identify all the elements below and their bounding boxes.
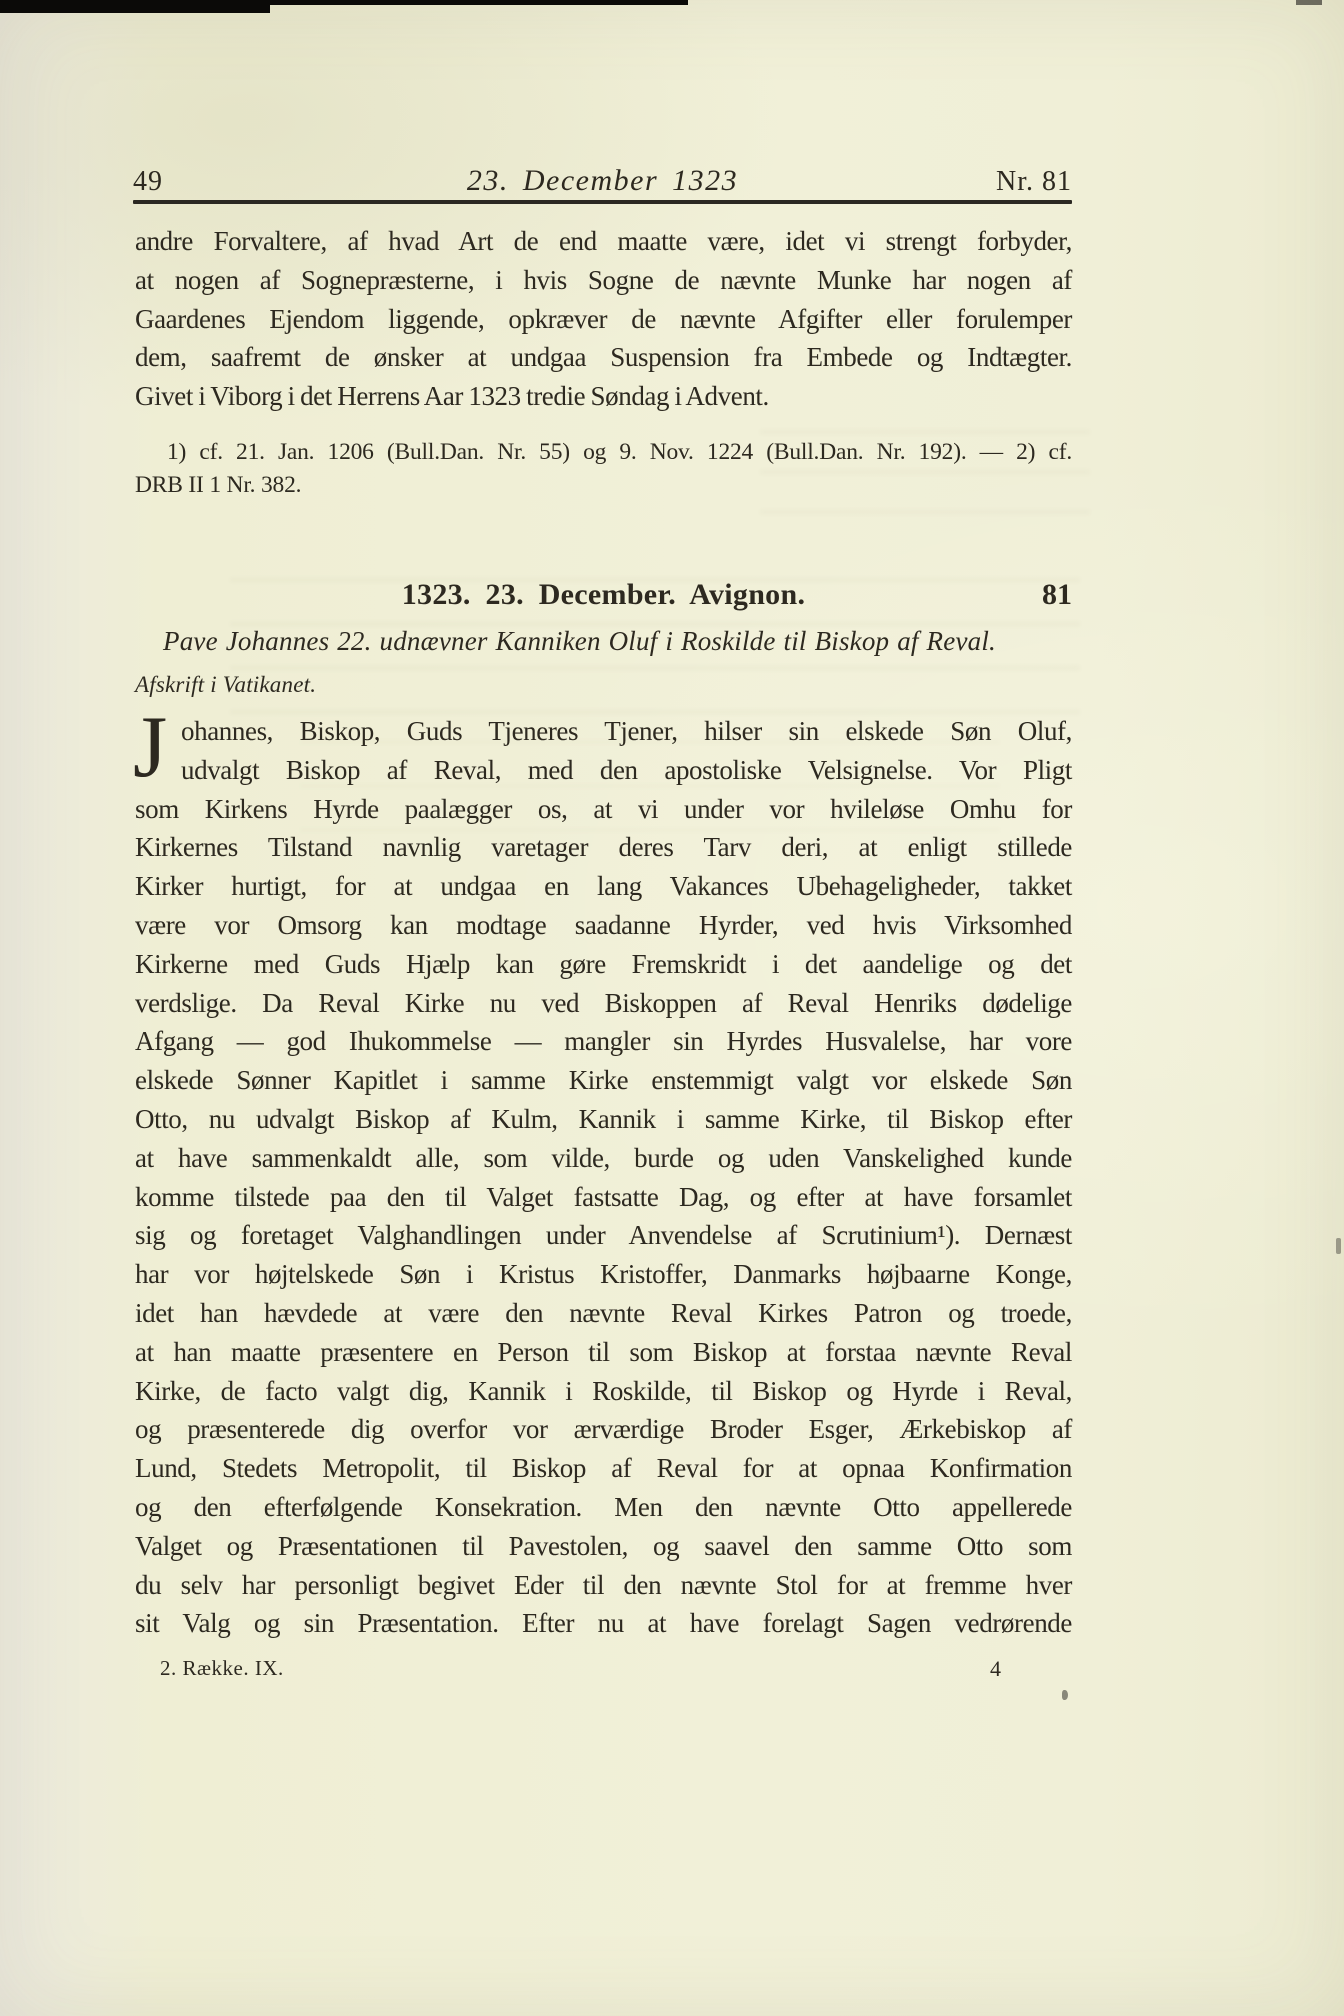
footnote: 1) cf. 21. Jan. 1206 (Bull.Dan. Nr. 55) … <box>135 436 1072 502</box>
body-line: Afgang — god Ihukommelse — mangler sin H… <box>135 1022 1072 1061</box>
text-line: Givet i Viborg i det Herrens Aar 1323 tr… <box>135 377 1072 416</box>
footnote-line: DRB II 1 Nr. 382. <box>135 469 1072 502</box>
body-line: sig og foretaget Valghandlingen under An… <box>135 1216 1072 1255</box>
body-line: være vor Omsorg kan modtage saadanne Hyr… <box>135 906 1072 945</box>
body-line: og præsenterede dig overfor vor ærværdig… <box>135 1410 1072 1449</box>
body-line: at han maatte præsentere en Person til s… <box>135 1333 1072 1372</box>
text-line: at nogen af Sognepræsterne, i hvis Sogne… <box>135 261 1072 300</box>
body-line: Kirker hurtigt, for at undgaa en lang Va… <box>135 867 1072 906</box>
header-rule <box>133 200 1072 204</box>
body-line: som Kirkens Hyrde paalægger os, at vi un… <box>135 790 1072 829</box>
body-line: har vor højtelskede Søn i Kristus Kristo… <box>135 1255 1072 1294</box>
series-note: 2. Række. IX. <box>160 1656 284 1681</box>
body-line: og den efterfølgende Konsekration. Men d… <box>135 1488 1072 1527</box>
body-line: elskede Sønner Kapitlet i samme Kirke en… <box>135 1061 1072 1100</box>
body-line: udvalgt Biskop af Reval, med den apostol… <box>181 751 1072 790</box>
body-line: Valget og Præsentationen til Pavestolen,… <box>135 1527 1072 1566</box>
body-line: idet han hævdede at være den nævnte Reva… <box>135 1294 1072 1333</box>
closing-paragraph: andre Forvaltere, af hvad Art de end maa… <box>135 222 1072 416</box>
signature-mark: 4 <box>990 1656 1001 1682</box>
source-note: Afskrift i Vatikanet. <box>135 672 1072 698</box>
entry-number: 81 <box>1042 578 1072 612</box>
body-line: Kirkerne med Guds Hjælp kan gøre Fremskr… <box>135 945 1072 984</box>
running-title: 23. December 1323 <box>133 164 1072 198</box>
page-header: 49 23. December 1323 Nr. 81 <box>133 160 1072 198</box>
entry-heading: 1323. 23. December. Avignon. <box>135 578 1072 612</box>
body-line: komme tilstede paa den til Valget fastsa… <box>135 1178 1072 1217</box>
body-line: Otto, nu udvalgt Biskop af Kulm, Kannik … <box>135 1100 1072 1139</box>
footnote-line: 1) cf. 21. Jan. 1206 (Bull.Dan. Nr. 55) … <box>135 436 1072 469</box>
entry-body: ohannes, Biskop, Guds Tjeneres Tjener, h… <box>135 712 1072 1643</box>
scan-artifact-bottom-right <box>1062 1690 1068 1700</box>
text-line: dem, saafremt de ønsker at undgaa Suspen… <box>135 338 1072 377</box>
scan-artifact-top-bar <box>0 0 270 13</box>
entry-heading-row: 1323. 23. December. Avignon. 81 <box>135 578 1072 614</box>
body-line: ohannes, Biskop, Guds Tjeneres Tjener, h… <box>181 712 1072 751</box>
entry-summary: Pave Johannes 22. udnævner Kanniken Oluf… <box>135 624 1072 658</box>
body-line: Lund, Stedets Metropolit, til Biskop af … <box>135 1449 1072 1488</box>
document-number: Nr. 81 <box>996 166 1072 198</box>
scan-artifact-edge-dash <box>1336 1238 1341 1254</box>
body-line: verdslige. Da Reval Kirke nu ved Biskopp… <box>135 984 1072 1023</box>
body-line: at have sammenkaldt alle, som vilde, bur… <box>135 1139 1072 1178</box>
text-line: Gaardenes Ejendom liggende, opkræver de … <box>135 300 1072 339</box>
body-line: Kirke, de facto valgt dig, Kannik i Rosk… <box>135 1372 1072 1411</box>
body-line: Kirkernes Tilstand navnlig varetager der… <box>135 828 1072 867</box>
text-line: andre Forvaltere, af hvad Art de end maa… <box>135 222 1072 261</box>
body-line: sit Valg og sin Præsentation. Efter nu a… <box>135 1604 1072 1643</box>
body-line: du selv har personligt begivet Eder til … <box>135 1566 1072 1605</box>
scan-artifact-top-right <box>1296 0 1322 5</box>
scanned-book-page: 49 23. December 1323 Nr. 81 andre Forval… <box>0 0 1344 2016</box>
